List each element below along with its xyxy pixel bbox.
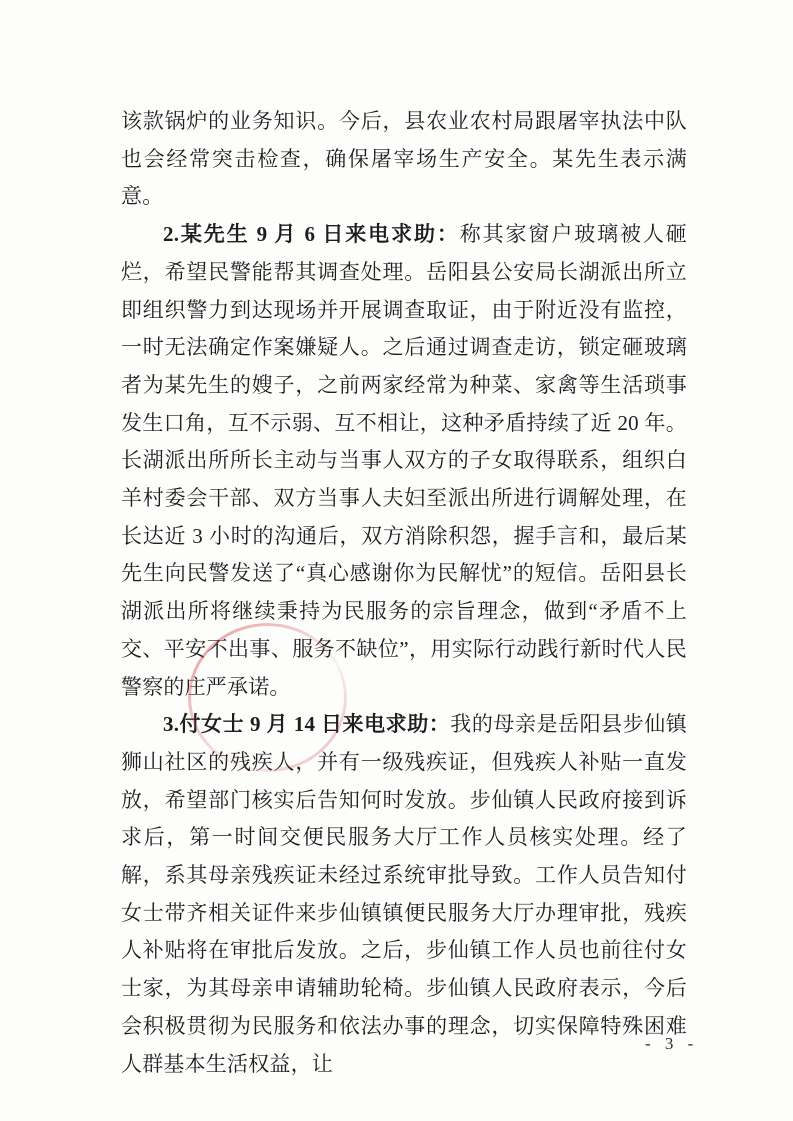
paragraph-text: 称其家窗户玻璃被人砸烂，希望民警能帮其调查处理。岳阳县公安局长湖派出所立即组织警…	[121, 222, 687, 698]
paragraph-text: 该款锅炉的业务知识。今后，县农业农村局跟屠宰执法中队也会经常突击检查，确保屠宰场…	[121, 109, 687, 208]
paragraph-case-3: 3.付女士 9 月 14 日来电求助：我的母亲是岳阳县步仙镇狮山社区的残疾人，并…	[121, 706, 687, 1083]
document-body: 该款锅炉的业务知识。今后，县农业农村局跟屠宰执法中队也会经常突击检查，确保屠宰场…	[121, 103, 687, 1083]
paragraph-text: 我的母亲是岳阳县步仙镇狮山社区的残疾人，并有一级残疾证，但残疾人补贴一直发放，希…	[121, 712, 687, 1075]
paragraph-case-2: 2.某先生 9 月 6 日来电求助：称其家窗户玻璃被人砸烂，希望民警能帮其调查处…	[121, 216, 687, 706]
paragraph-bold-lead: 2.某先生 9 月 6 日来电求助：	[163, 222, 460, 246]
paragraph-continuation: 该款锅炉的业务知识。今后，县农业农村局跟屠宰执法中队也会经常突击检查，确保屠宰场…	[121, 103, 687, 216]
paragraph-bold-lead: 3.付女士 9 月 14 日来电求助：	[163, 712, 450, 736]
page-number: - 3 -	[645, 1034, 698, 1054]
document-page: 该款锅炉的业务知识。今后，县农业农村局跟屠宰执法中队也会经常突击检查，确保屠宰场…	[0, 0, 793, 1121]
